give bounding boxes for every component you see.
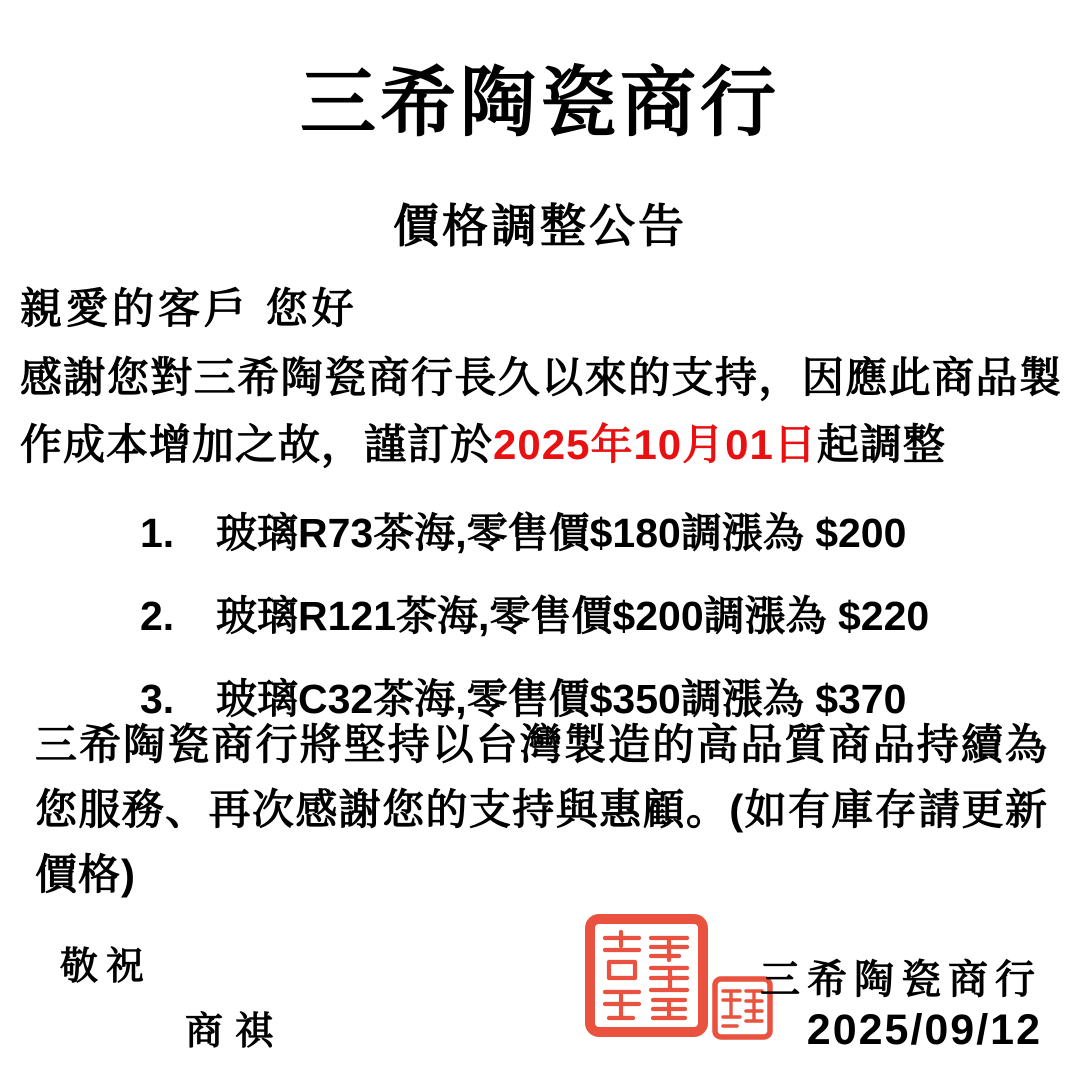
list-item-number: 1. [140,510,216,557]
greeting-line: 親愛的客戶 您好 [20,276,1060,336]
list-item: 2. 玻璃R121茶海,零售價$200調漲為 $220 [140,583,1020,642]
signature-date: 2025/09/12 [807,1006,1042,1055]
announcement-page: 三希陶瓷商行 價格調整公告 親愛的客戶 您好 感謝您對三希陶瓷商行長久以來的支持… [0,0,1080,1080]
salutation-shangqi: 商祺 [185,1000,285,1055]
list-item: 1. 玻璃R73茶海,零售價$180調漲為 $200 [140,500,1020,559]
list-item-text: 玻璃R73茶海,零售價$180調漲為 $200 [216,500,906,559]
company-seal-stamp-icon [583,912,775,1046]
list-item-number: 2. [140,593,216,640]
seal-graphic [583,912,775,1046]
body-paragraph: 感謝您對三希陶瓷商行長久以來的支持，因應此商品製作成本增加之故，謹訂於2025年… [20,344,1062,478]
body-text-after-date: 起調整 [817,421,946,468]
list-item-text: 玻璃R121茶海,零售價$200調漲為 $220 [216,583,929,642]
announcement-subtitle: 價格調整公告 [0,190,1080,256]
closing-paragraph: 三希陶瓷商行將堅持以台灣製造的高品質商品持續為您服務、再次感謝您的支持與惠顧。(… [35,712,1048,907]
signature-company: 三希陶瓷商行 [760,948,1042,1005]
salutation-jingzhu: 敬祝 [60,935,152,990]
effective-date-highlight: 2025年10月01日 [493,421,817,468]
page-title: 三希陶瓷商行 [0,42,1080,151]
